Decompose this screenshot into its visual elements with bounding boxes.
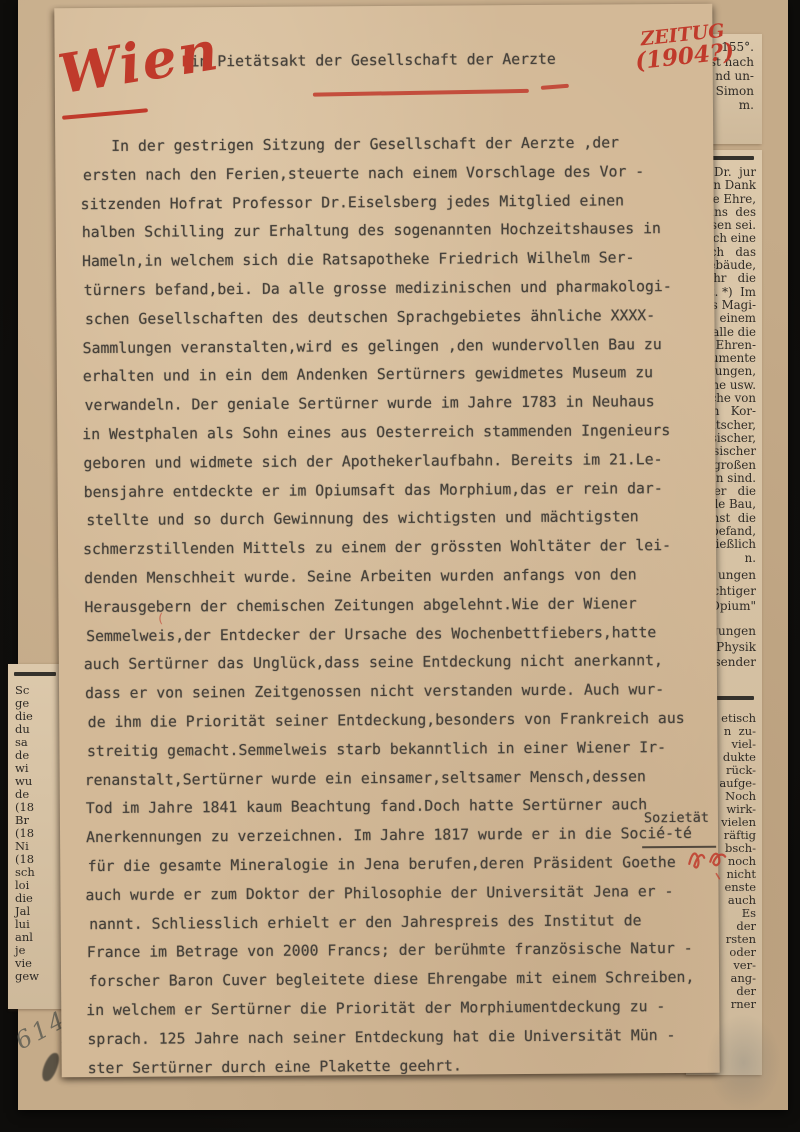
typed-line: Hameln,in welchem sich die Ratsapotheke … [82, 249, 688, 282]
typed-line: nannt. Schliesslich erhielt er den Jahre… [89, 911, 695, 944]
typed-line: ersten nach den Ferien,steuerte nach ein… [83, 163, 689, 196]
typed-line: Tod im Jahre 1841 kaum Beachtung fand.Do… [86, 796, 692, 829]
document-title-text: in Pietätsakt der Gesellschaft der Aerzt… [191, 51, 556, 71]
typed-line: In der gestrigen Sitzung der Gesellschaf… [81, 134, 687, 167]
typed-line: Sammlungen veranstalten,wird es gelingen… [83, 335, 689, 368]
photo-background: Scgediedusadewiwude(18Br(18Ni(18schloidi… [0, 0, 800, 1132]
red-paren-mark: ( [156, 612, 164, 627]
left-clipping-divider-rule [14, 672, 56, 676]
title-underline [313, 89, 529, 96]
typed-line: bensjahre entdeckte er im Opiumsaft das … [84, 479, 690, 512]
typed-line: in welchem er Sertürner die Priorität de… [86, 998, 692, 1031]
typed-line: schen Gesellschaften des deutschen Sprac… [85, 307, 691, 340]
typed-line: denden Menschheit wurde. Seine Arbeiten … [84, 566, 690, 599]
typed-line: auch wurde er zum Doktor der Philosophie… [85, 883, 691, 916]
typed-line: erhalten und in ein dem Andenken Sertürn… [83, 364, 689, 397]
left-newspaper-clipping: Scgediedusadewiwude(18Br(18Ni(18schloidi… [8, 664, 66, 1009]
typed-line: forscher Baron Cuver begleitete diese Eh… [89, 969, 695, 1002]
typed-line: streitig gemacht.Semmelweis starb bekann… [87, 739, 693, 772]
typed-body: In der gestrigen Sitzung der Gesellschaf… [81, 134, 693, 1089]
typed-line: France im Betrage von 2000 Francs; der b… [87, 940, 693, 973]
zeitug-handwriting: ZEITUG(1904?) [632, 19, 735, 73]
typed-line: sprach. 125 Jahre nach seiner Entdeckung… [87, 1027, 693, 1060]
typed-line: stellte und so durch Gewinnung des wicht… [86, 508, 692, 541]
typed-line: schmerzstillenden Mittels zu einem der g… [83, 537, 689, 570]
typed-sheet: Ein Pietätsakt der Gesellschaft der Aerz… [54, 4, 719, 1078]
typed-line: für die gesamte Mineralogie in Jena beru… [88, 854, 694, 887]
typed-line: Herausgebern der chemischen Zeitungen ab… [84, 595, 690, 628]
typed-line: in Westphalen als Sohn eines aus Oesterr… [82, 422, 688, 455]
typed-line: halben Schilling zur Erhaltung des sogen… [82, 220, 688, 253]
title-underline-dash [541, 84, 569, 90]
left-clipping-text-column: Scgediedusadewiwude(18Br(18Ni(18schloidi… [8, 684, 66, 983]
fingerprint-smudge [706, 1013, 781, 1112]
typed-line: sitzenden Hofrat Professor Dr.Eiselsberg… [81, 191, 687, 224]
typed-line: Semmelweis,der Entdecker der Ursache des… [86, 623, 692, 656]
typed-line: türners befand,bei. Da alle grosse mediz… [84, 278, 690, 311]
left-clipping-line: gew [15, 970, 66, 983]
document-title: Ein Pietätsakt der Gesellschaft der Aerz… [182, 51, 556, 71]
typed-line: de ihm die Priorität seiner Entdeckung,b… [88, 710, 694, 743]
typed-line: ster Sertürner durch eine Plakette geehr… [88, 1055, 694, 1088]
typed-line: Anerkennungen zu verzeichnen. Im Jahre 1… [86, 825, 692, 858]
typed-line: dass er von seinen Zeitgenossen nicht ve… [85, 681, 691, 714]
typed-line: renanstalt,Sertürner wurde ein einsamer,… [85, 767, 691, 800]
typed-line: geboren und widmete sich der Apothekerla… [83, 451, 689, 484]
red-scribble-mark [686, 846, 738, 880]
typed-correction-sozietaet: Sozietät [644, 810, 709, 826]
typed-line: verwandeln. Der geniale Sertürner wurde … [84, 393, 690, 426]
typed-line: auch Sertürner das Unglück,dass seine En… [84, 652, 690, 685]
